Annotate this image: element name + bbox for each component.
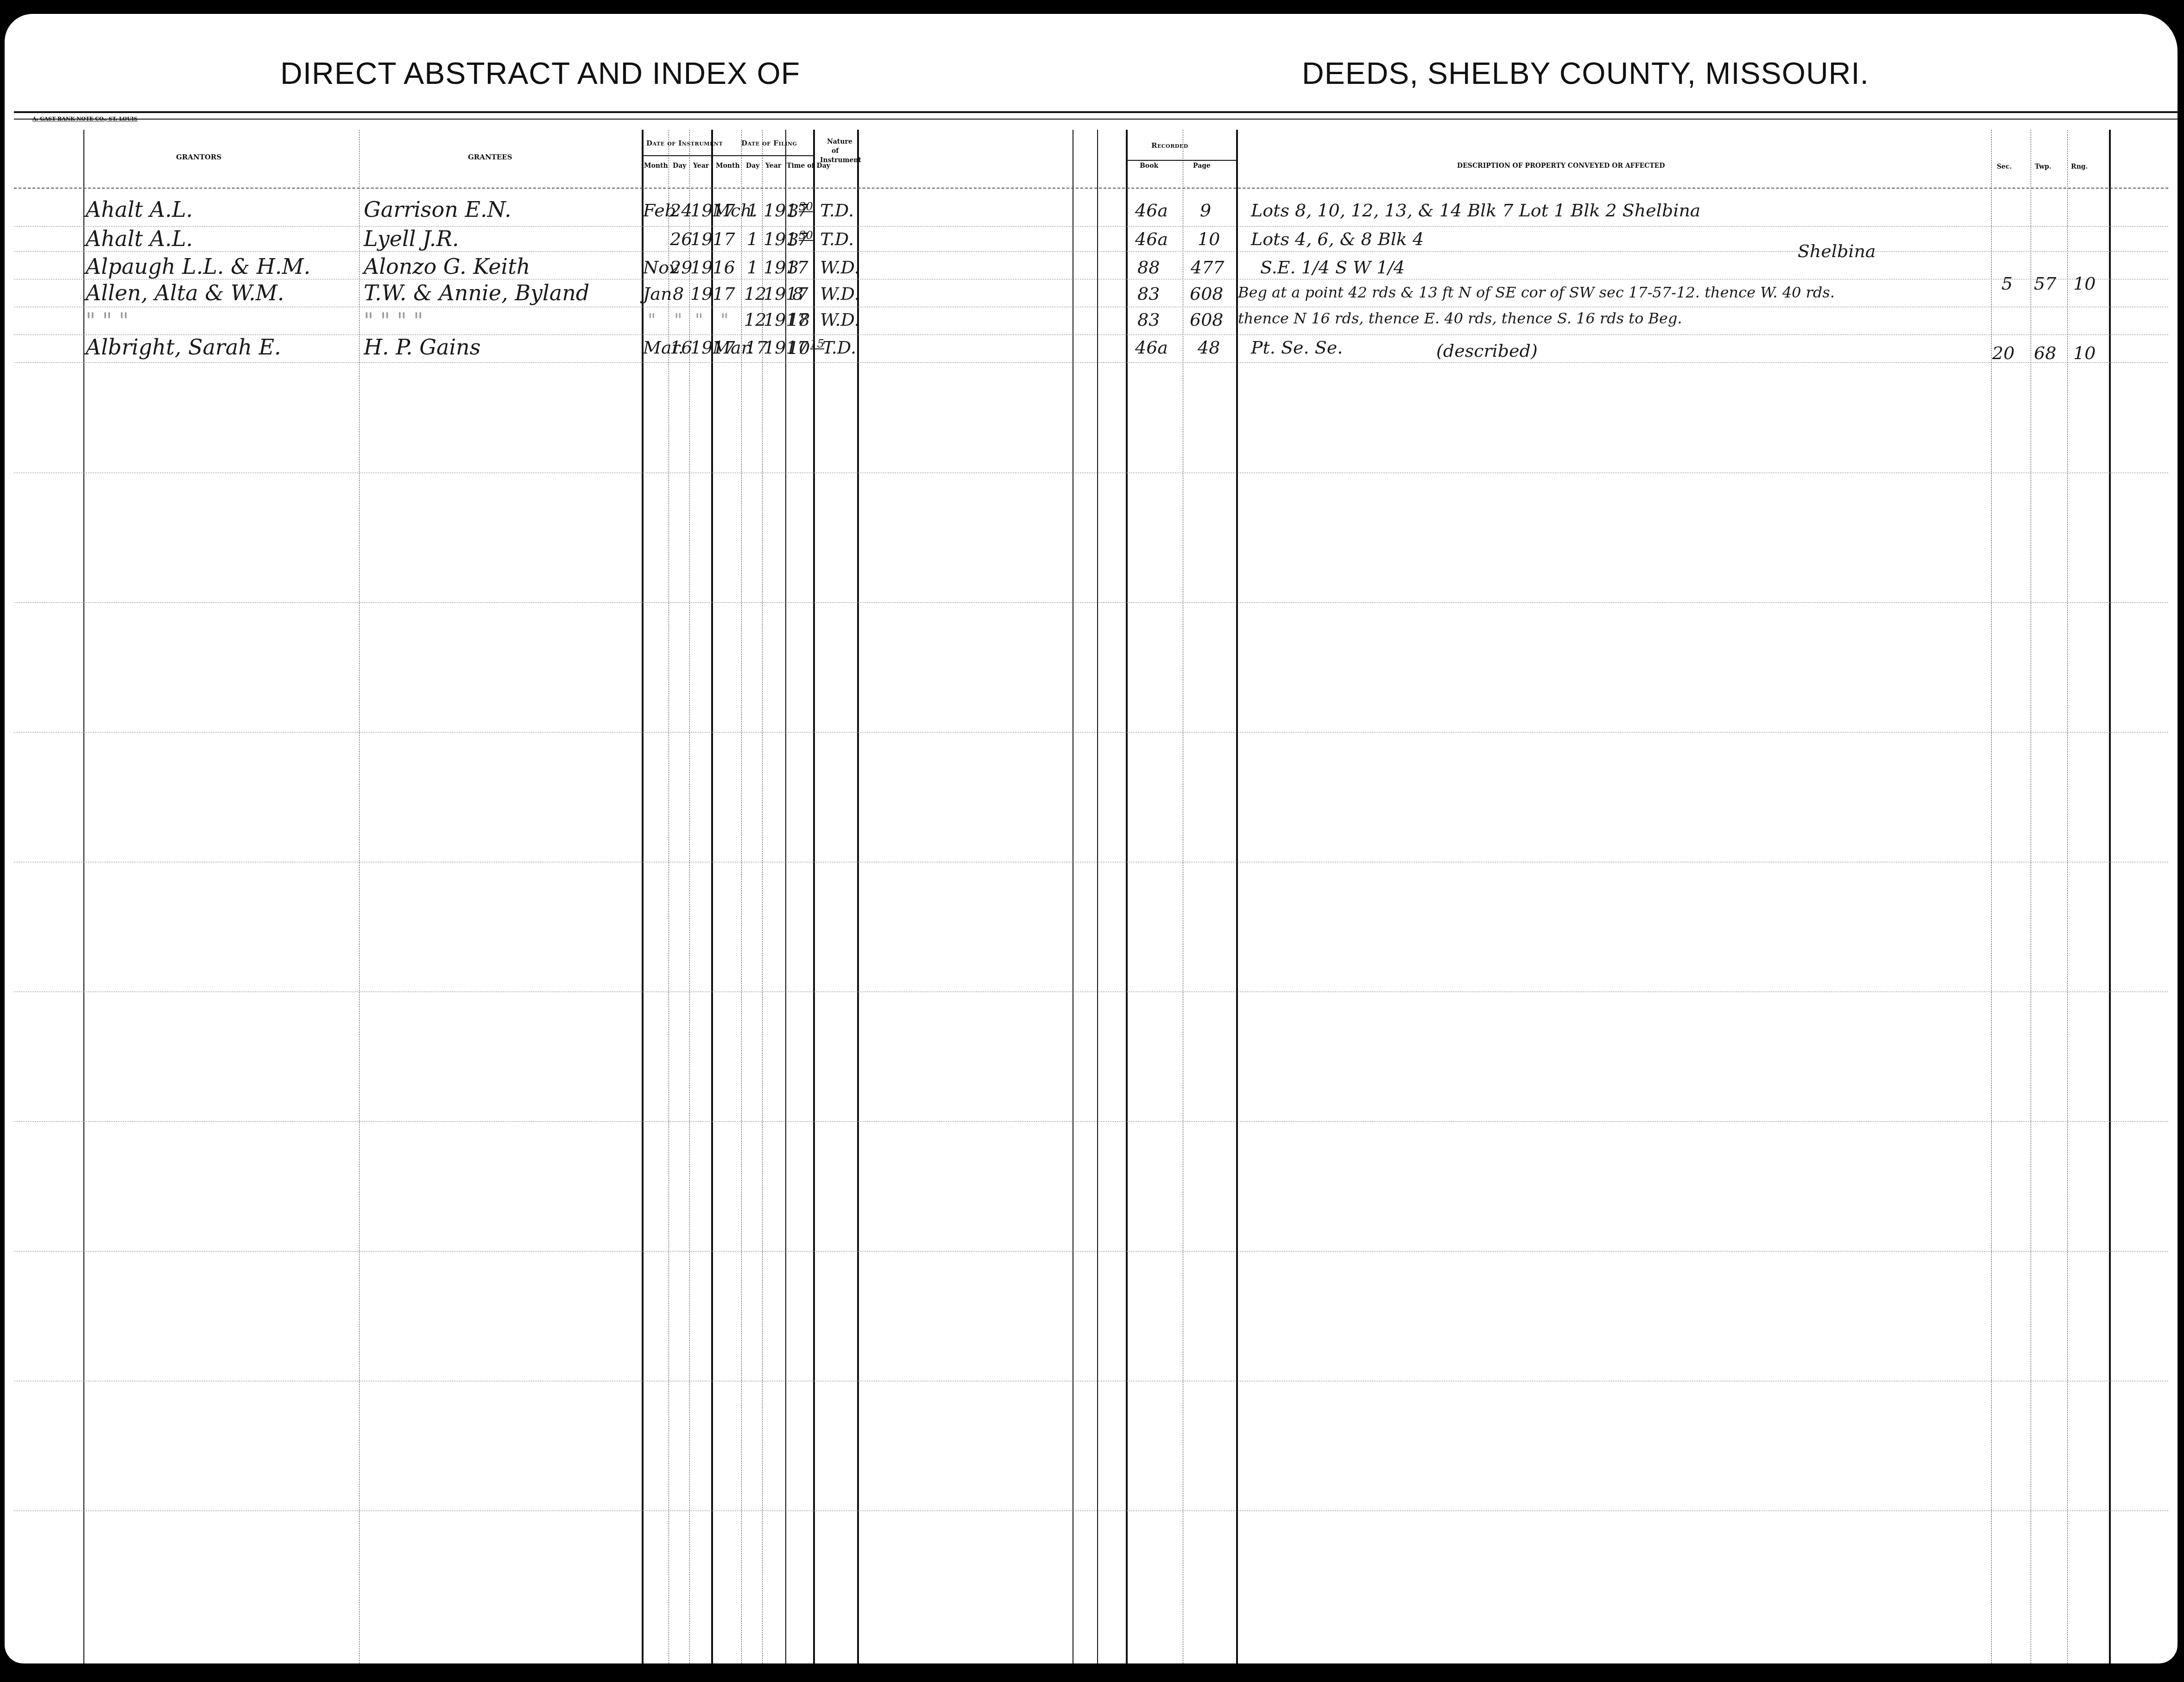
header-nature-1: Nature bbox=[827, 138, 852, 145]
col-line-rng-left bbox=[2067, 130, 2068, 1663]
description-cell: Pt. Se. Se. bbox=[1251, 337, 1343, 358]
row-rule bbox=[14, 226, 2168, 227]
grantee-cell: Lyell J.R. bbox=[364, 226, 459, 251]
inst-year-cell: 1917 bbox=[690, 284, 735, 304]
description-note: (described) bbox=[1436, 341, 1538, 361]
header-grantees: GRANTEES bbox=[468, 153, 512, 161]
col-line-twp-left bbox=[2031, 130, 2031, 1663]
header-rule-bottom bbox=[14, 119, 2179, 120]
row-rule bbox=[14, 992, 2168, 992]
header-twp: Twp. bbox=[2035, 163, 2051, 171]
col-line-filing-left bbox=[711, 130, 713, 1663]
nature-cell: W.D. bbox=[820, 310, 860, 330]
grantee-cell: H. P. Gains bbox=[364, 335, 480, 360]
grantee-cell: " " " " bbox=[364, 308, 423, 333]
header-inst-year: Year bbox=[693, 162, 709, 170]
nature-cell: T.D. bbox=[822, 337, 856, 358]
twp-cell: 57 bbox=[2034, 273, 2056, 294]
nature-cell: W.D. bbox=[820, 257, 860, 278]
inst-day-cell: " bbox=[674, 310, 682, 330]
grantor-cell: Albright, Sarah E. bbox=[86, 335, 281, 360]
col-line-filing-day bbox=[741, 130, 742, 1663]
description-cell: S.E. 1/4 S W 1/4 bbox=[1260, 257, 1405, 278]
subheader-rule-dates bbox=[642, 155, 813, 156]
header-book: Book bbox=[1140, 162, 1158, 170]
header-page: Page bbox=[1193, 162, 1211, 170]
col-line-nature-left bbox=[813, 130, 815, 1663]
grantor-cell: Alpaugh L.L. & H.M. bbox=[86, 254, 310, 279]
header-nature-3: Instrument bbox=[820, 157, 861, 164]
col-line-inst-day bbox=[669, 130, 669, 1663]
header-date-of-instrument: Date of Instrument bbox=[646, 139, 723, 147]
filing-month-cell: " bbox=[720, 310, 728, 330]
row-rule bbox=[14, 602, 2168, 603]
col-line-grantors-left bbox=[83, 130, 84, 1663]
description-cell: Beg at a point 42 rds & 13 ft N of SE co… bbox=[1238, 284, 1835, 301]
filing-year-cell: 1917 bbox=[764, 257, 808, 278]
filing-time-cell: 3 bbox=[788, 257, 799, 278]
spine-line bbox=[1097, 130, 1098, 1663]
header-filing-month: Month bbox=[716, 162, 740, 170]
filing-time-cell: 1015 bbox=[788, 337, 824, 358]
page-title-left: DIRECT ABSTRACT AND INDEX OF bbox=[280, 56, 800, 91]
header-sec: Sec. bbox=[1997, 163, 2012, 171]
row-rule bbox=[14, 279, 2168, 279]
grantor-cell: Allen, Alta & W.M. bbox=[86, 280, 284, 305]
filing-day-cell: 1 bbox=[747, 257, 758, 278]
inst-day-cell: 29 bbox=[670, 257, 692, 278]
row-rule bbox=[14, 732, 2168, 733]
ledger-page bbox=[5, 14, 2178, 1663]
grantee-cell: T.W. & Annie, Byland bbox=[364, 280, 589, 305]
header-description: DESCRIPTION OF PROPERTY CONVEYED OR AFFE… bbox=[1457, 162, 1665, 170]
header-bottom-rule bbox=[14, 188, 2168, 189]
col-line-rng-right bbox=[2109, 130, 2111, 1663]
col-line-inst-left bbox=[642, 130, 644, 1663]
book-cell: 83 bbox=[1137, 310, 1160, 330]
description-cell-extra: Shelbina bbox=[1798, 241, 1876, 261]
col-line-page-left bbox=[1183, 130, 1183, 1663]
page-cell: 48 bbox=[1198, 337, 1220, 358]
page-cell: 608 bbox=[1190, 310, 1224, 330]
sec-cell: 20 bbox=[1992, 343, 2014, 363]
subheader-rule-recorded bbox=[1126, 160, 1236, 161]
col-line-inst-year bbox=[689, 130, 690, 1663]
row-rule bbox=[14, 1121, 2168, 1122]
header-nature-2: of bbox=[832, 147, 839, 155]
filing-time-cell: 330 bbox=[788, 229, 813, 250]
row-rule bbox=[14, 1381, 2168, 1381]
page-cell: 477 bbox=[1191, 257, 1225, 278]
description-cell: Lots 8, 10, 12, 13, & 14 Blk 7 Lot 1 Blk… bbox=[1251, 200, 1701, 221]
row-rule bbox=[14, 862, 2168, 862]
book-cell: 88 bbox=[1137, 257, 1160, 278]
col-line-grantees-left bbox=[359, 130, 360, 1663]
description-cell: thence N 16 rds, thence E. 40 rds, thenc… bbox=[1238, 310, 1682, 327]
row-rule bbox=[14, 307, 2168, 307]
row-rule bbox=[14, 473, 2168, 473]
col-line-nature-right bbox=[857, 130, 859, 1663]
col-line-time bbox=[785, 130, 786, 1663]
sec-cell: 5 bbox=[2001, 273, 2013, 294]
page-title-right: DEEDS, SHELBY COUNTY, MISSOURI. bbox=[1302, 56, 1869, 91]
grantee-cell: Alonzo G. Keith bbox=[364, 254, 530, 279]
inst-year-cell: 1916 bbox=[690, 257, 735, 278]
inst-year-cell: 1917 bbox=[690, 229, 735, 249]
grantor-cell: Ahalt A.L. bbox=[86, 197, 193, 222]
grantor-cell: Ahalt A.L. bbox=[86, 226, 193, 251]
inst-month-cell: " bbox=[648, 310, 656, 330]
twp-cell: 68 bbox=[2034, 343, 2056, 363]
filing-time-cell: 8 bbox=[792, 284, 803, 304]
header-grantors: GRANTORS bbox=[176, 153, 221, 161]
row-rule bbox=[14, 1251, 2168, 1252]
col-line-gutter-left bbox=[1073, 130, 1073, 1663]
header-inst-day: Day bbox=[673, 162, 686, 170]
row-rule bbox=[14, 1511, 2168, 1511]
grantor-cell: " " " bbox=[86, 308, 129, 333]
book-cell: 46a bbox=[1135, 337, 1168, 358]
inst-day-cell: 16 bbox=[670, 337, 692, 358]
nature-cell: T.D. bbox=[820, 229, 854, 249]
rng-cell: 10 bbox=[2073, 273, 2096, 294]
header-filing-year: Year bbox=[765, 162, 781, 170]
col-line-filing-year bbox=[762, 130, 763, 1663]
page-cell: 9 bbox=[1200, 200, 1211, 221]
header-inst-month: Month bbox=[644, 162, 668, 170]
inst-day-cell: 26 bbox=[670, 229, 692, 249]
filing-day-cell: 1 bbox=[747, 200, 758, 221]
printer-mark: A. GAST BANK-NOTE CO., ST. LOUIS bbox=[32, 116, 138, 122]
nature-cell: W.D. bbox=[820, 284, 860, 304]
inst-day-cell: 24 bbox=[670, 200, 692, 221]
row-rule bbox=[14, 362, 2168, 363]
description-cell: Lots 4, 6, & 8 Blk 4 bbox=[1251, 229, 1424, 249]
inst-month-cell: Jan bbox=[643, 284, 672, 304]
book-cell: 46a bbox=[1135, 200, 1168, 221]
inst-year-cell: " bbox=[695, 310, 703, 330]
header-filing-day: Day bbox=[746, 162, 759, 170]
col-line-sec-left bbox=[1991, 130, 1992, 1663]
nature-cell: T.D. bbox=[820, 200, 854, 221]
filing-time-cell: 18 bbox=[788, 310, 810, 330]
header-date-of-filing: Date of Filing bbox=[741, 139, 797, 147]
filing-time-cell: 330 bbox=[788, 200, 813, 221]
header-rule-top bbox=[14, 111, 2179, 113]
rng-cell: 10 bbox=[2073, 343, 2096, 363]
page-cell: 10 bbox=[1198, 229, 1220, 249]
inst-day-cell: 8 bbox=[673, 284, 684, 304]
page-cell: 608 bbox=[1190, 284, 1224, 304]
book-cell: 83 bbox=[1137, 284, 1160, 304]
header-rng: Rng. bbox=[2071, 163, 2088, 171]
row-rule bbox=[14, 335, 2168, 335]
col-line-description-left bbox=[1236, 130, 1238, 1663]
book-cell: 46a bbox=[1135, 229, 1168, 249]
filing-day-cell: 1 bbox=[747, 229, 758, 249]
grantee-cell: Garrison E.N. bbox=[364, 197, 511, 222]
header-recorded: Recorded bbox=[1151, 141, 1188, 150]
col-line-book-left bbox=[1126, 130, 1128, 1663]
